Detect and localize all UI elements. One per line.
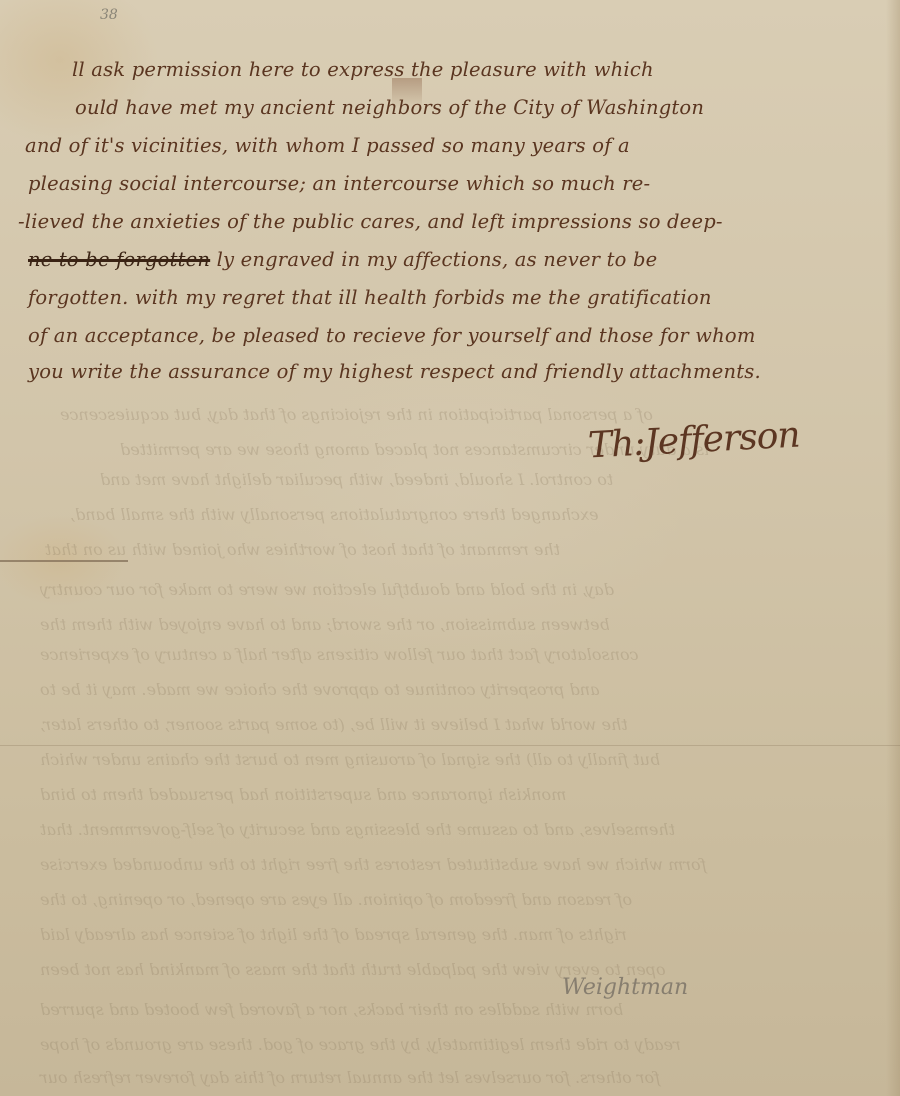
bleed-line: between submission, or the sword; and to…	[40, 615, 610, 634]
letter-line-6: ne to be forgotten ly engraved in my aff…	[28, 248, 657, 271]
bleed-line: themselves, and to assume the blessings …	[40, 820, 675, 839]
bleed-line: rights of man. the general spread of the…	[40, 925, 627, 944]
bleed-line: of a personal participation in the rejoi…	[60, 405, 653, 424]
struck-out-text: ne to be forgotten	[28, 248, 210, 271]
letter-line-2: ould have met my ancient neighbors of th…	[75, 96, 704, 119]
bleed-line: of reason and freedom of opinion. all ey…	[40, 890, 632, 909]
bleed-line: born with saddles on their backs, nor a …	[40, 1000, 623, 1019]
bleed-line: form which we have substituted restores …	[40, 855, 707, 874]
letter-line-8: of an acceptance, be pleased to recieve …	[28, 324, 756, 347]
pencil-annotation: Weightman	[562, 975, 688, 1000]
bleed-line: consolatory fact that our fellow citizen…	[40, 645, 639, 664]
bleed-line: for others. for ourselves let the annual…	[40, 1068, 660, 1087]
letter-line-5: -lieved the anxieties of the public care…	[18, 210, 723, 233]
bleed-line: exchanged there congratulations personal…	[70, 505, 599, 524]
bleed-line: monkish ignorance and superstition had p…	[40, 785, 566, 804]
folio-number: 38	[100, 7, 118, 23]
letter-line-4: pleasing social intercourse; an intercou…	[28, 172, 650, 195]
bleed-line: to control. I should, indeed, with pecul…	[100, 470, 613, 489]
bleed-line: the remnant of that host of worthies who…	[45, 540, 560, 559]
bleed-line: ready to ride them legitimately, by the …	[40, 1035, 681, 1054]
paper-tear	[0, 560, 128, 562]
fold-crease	[0, 745, 900, 746]
letter-line-6-text: ly engraved in my affections, as never t…	[217, 248, 658, 271]
letter-line-1: ll ask permission here to express the pl…	[72, 58, 654, 81]
letter-line-3: and of it's vicinities, with whom I pass…	[25, 134, 630, 157]
bleed-line: and prosperity continue to approve the c…	[40, 680, 600, 699]
page-edge-shadow	[886, 0, 900, 1096]
letter-line-9: you write the assurance of my highest re…	[28, 360, 761, 383]
bleed-line: the world what I believe it will be, (to…	[40, 715, 628, 734]
letter-page: 38 of a personal participation in the re…	[0, 0, 900, 1096]
letter-line-7: forgotten. with my regret that ill healt…	[28, 286, 712, 309]
bleed-line: but finally to all) the signal of arousi…	[40, 750, 660, 769]
bleed-line: day, in the bold and doubtful election w…	[40, 580, 614, 599]
